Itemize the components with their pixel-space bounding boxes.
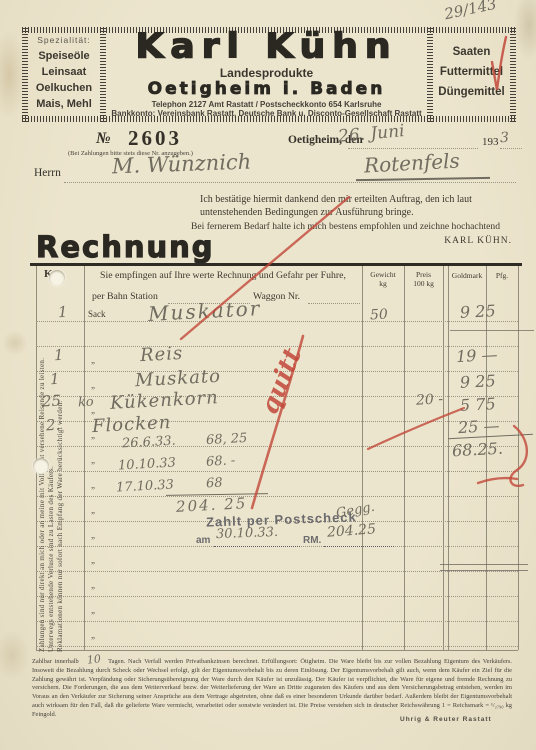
ditto-mark: „ — [91, 505, 95, 515]
year-handwritten: 3 — [500, 130, 510, 146]
table-row-line — [36, 345, 518, 347]
table-bottom-rule — [36, 650, 518, 651]
row-desc: Kükenkorn — [110, 387, 220, 414]
row-qty: 1 — [58, 303, 68, 321]
addressee-label: Herrn — [34, 167, 61, 179]
addressee-fill-line — [64, 181, 516, 183]
specialty-item: Oelkuchen — [28, 80, 100, 96]
table-col-line — [84, 266, 85, 650]
specialty-item: Leinsaat — [28, 64, 100, 80]
specialty-box: Spezialität: Speiseöle Leinsaat Oelkuche… — [28, 35, 100, 112]
specialty-item: Speiseöle — [28, 48, 100, 64]
paper-stain — [0, 630, 30, 680]
waggon-fill-line — [308, 302, 360, 304]
side-note-complaints: Reklamationen können nur sofort nach Emp… — [56, 401, 64, 652]
filing-annotation: 29/143 — [443, 0, 498, 23]
confirmation-signature: KARL KÜHN. — [420, 236, 512, 246]
company-block: Karl Kühn Landesprodukte Oetigheim i. Ba… — [106, 29, 427, 118]
row-amount: 19 — — [456, 345, 498, 366]
first-row-unit: Sack — [88, 309, 106, 319]
products-item: Futtermittel — [433, 62, 510, 82]
products-item: Düngemittel — [433, 82, 510, 102]
red-line-mid — [368, 408, 464, 449]
col-header-gewicht-l2: kg — [362, 279, 404, 288]
stamp-date-line — [214, 546, 300, 547]
year-fill-line — [500, 147, 522, 149]
date-entry: 10.10.33 — [118, 455, 177, 473]
closing-rule — [440, 564, 528, 565]
ditto-mark: „ — [91, 605, 95, 615]
date-entry-amount: 68. - — [206, 453, 236, 470]
paid-stamp-am-label: am — [196, 535, 210, 546]
side-note-payments: Zahlungen sind nur direkt an mich oder a… — [38, 358, 46, 652]
ditto-mark: „ — [91, 580, 95, 590]
row-amount: 25 — — [458, 416, 500, 437]
total-goldmark-handwritten: 68.25. — [452, 439, 504, 461]
col-header-preis-l2: 100 kg — [404, 279, 443, 288]
addressee-handwritten: M. Wünznich — [112, 150, 252, 179]
terms-days-handwritten: 10 — [81, 655, 106, 666]
table-row-line — [36, 620, 518, 622]
table-col-line — [404, 266, 405, 650]
paid-stamp-rm-label: RM. — [303, 535, 321, 546]
col-header-pfg: Pfg. — [486, 271, 518, 280]
col-header-preis: Preis 100 kg — [404, 270, 443, 288]
col-header-preis-l1: Preis — [404, 270, 443, 279]
row-amount: 9 25 — [460, 371, 497, 392]
stamp-amount-line — [324, 546, 394, 547]
company-subtitle: Landesprodukte — [106, 66, 427, 80]
row-desc: Flocken — [92, 412, 172, 437]
carry-line — [450, 330, 534, 331]
red-scribble-annotation: quitt — [255, 344, 307, 418]
table-row-line — [36, 645, 518, 647]
table-col-line — [443, 266, 444, 650]
terms-paragraph: Zahlbar innerhalb 10 Tagen. Nach Verfall… — [32, 656, 512, 720]
table-row-line — [36, 320, 518, 322]
terms-post: Tagen. Nach Verfall werden Privatbankzin… — [32, 658, 512, 718]
ditto-mark: „ — [91, 355, 95, 365]
table-col-line — [518, 266, 519, 650]
confirmation-line3: Bei fernerem Bedarf halte ich mich beste… — [191, 221, 519, 232]
hole-punch — [33, 458, 49, 474]
confirmation-line2: untenstehenden Bedingungen zur Ausführun… — [200, 207, 520, 218]
table-row-line — [36, 595, 518, 597]
addressee-place-handwritten: Rotenfels — [363, 149, 460, 178]
stamp-initials-handwritten: Gegg. — [335, 500, 376, 522]
table-header-main: Sie empfingen auf Ihre werte Rechnung un… — [84, 270, 362, 281]
stamp-amount-handwritten: 204.25 — [327, 521, 377, 540]
row-amount: 5 75 — [460, 394, 497, 415]
ditto-mark: „ — [91, 630, 95, 640]
closing-rule — [440, 570, 528, 571]
products-box: Saaten Futtermittel Düngemittel — [433, 42, 510, 102]
table-row-line — [36, 470, 518, 472]
row-qty: 1 — [54, 346, 64, 364]
document-title: Rechnung — [36, 230, 215, 264]
col-header-gewicht-l1: Gewicht — [362, 270, 404, 279]
specialty-item: Mais, Mehl — [28, 96, 100, 112]
paper-stain — [2, 330, 28, 356]
invoice-paper: 29/143 Spezialität: Speiseöle Leinsaat O… — [0, 0, 536, 750]
printer-credit: Uhrig & Reuter Rastatt — [400, 716, 492, 723]
date-entry: 17.10.33 — [116, 477, 175, 495]
row-qty: 1 — [50, 370, 60, 388]
company-phone-line: Telephon 2127 Amt Rastatt / Postscheckko… — [106, 100, 427, 109]
date-handwritten: 26. Juni — [337, 121, 405, 147]
company-bank-line: Bankkonto: Vereinsbank Rastatt, Deutsche… — [106, 109, 427, 118]
table-col-line — [448, 266, 449, 650]
ditto-mark: „ — [91, 455, 95, 465]
products-item: Saaten — [433, 42, 510, 62]
row-unit: ko — [78, 395, 94, 411]
row-gewicht: 50 — [370, 307, 389, 324]
date-entry-amount: 68, 25 — [206, 431, 248, 448]
stamp-date-handwritten: 30.10.33. — [216, 525, 279, 542]
paper-stain — [514, 0, 536, 60]
invoice-no-value: 2603 — [128, 126, 182, 151]
ditto-mark: „ — [91, 480, 95, 490]
side-note-losses: Unterwegs entstehende Verluste sind zu L… — [47, 466, 55, 652]
specialty-title: Spezialität: — [28, 35, 100, 45]
ditto-mark: „ — [91, 380, 95, 390]
row-desc: Reis — [139, 343, 183, 366]
date-entry-amount: 68 — [206, 476, 223, 492]
ditto-mark: „ — [91, 555, 95, 565]
invoice-no-label: № — [96, 130, 111, 148]
header-frame-right — [510, 27, 516, 122]
date-entry: 26.6.33. — [122, 434, 176, 452]
table-col-line — [362, 266, 363, 650]
confirmation-line1: Ich bestätige hiermit dankend den mir er… — [200, 194, 520, 205]
col-header-gewicht: Gewicht kg — [362, 270, 404, 288]
terms-pre: Zahlbar innerhalb — [32, 658, 79, 665]
table-header-station: per Bahn Station — [92, 291, 158, 302]
year-printed: 193 — [482, 136, 499, 148]
col-header-goldmark: Goldmark — [448, 271, 486, 280]
hole-punch — [49, 270, 65, 286]
row-preis: 20 - — [416, 391, 444, 408]
red-dash-total — [478, 478, 517, 483]
ditto-mark: „ — [91, 530, 95, 540]
row-amount: 9 25 — [460, 301, 497, 322]
company-city: Oetigheim i. Baden — [106, 80, 427, 98]
company-name: Karl Kühn — [106, 30, 427, 64]
table-row-line — [36, 445, 518, 447]
table-row-line — [36, 495, 518, 497]
